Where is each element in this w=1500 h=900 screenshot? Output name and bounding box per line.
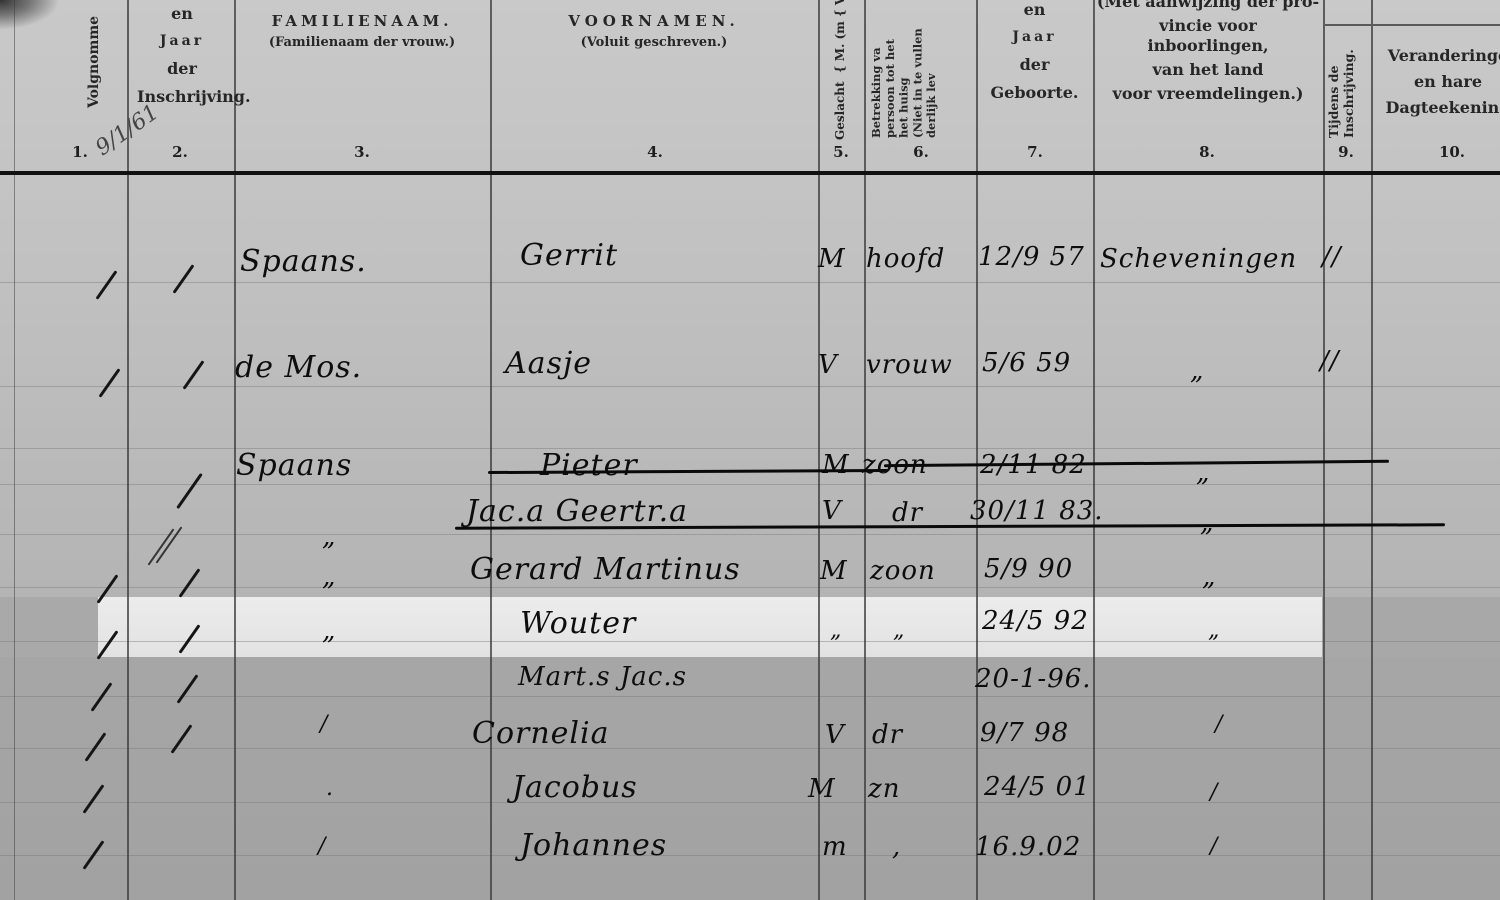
entry-familienaam: Spaans — [236, 448, 352, 483]
column-divider — [14, 0, 15, 900]
entry-voornamen: Pieter — [540, 448, 638, 483]
column-divider — [818, 0, 820, 900]
col3-subtitle: (Familienaam der vrouw.) — [236, 35, 488, 51]
col10-header-line: Veranderinge — [1378, 46, 1500, 66]
col3-title: FAMILIENAAM. — [236, 12, 488, 31]
col9-header-line: Inschrijving. — [1341, 32, 1356, 138]
entry-voornamen: Jacobus — [512, 770, 638, 805]
entry-geslacht: M — [808, 774, 836, 804]
row-rule — [0, 587, 1500, 588]
entry-betrekking: , — [892, 832, 901, 862]
col4-header: VOORNAMEN. (Voluit geschreven.) — [492, 12, 816, 51]
entry-geboorteplaats: „ — [1202, 562, 1216, 592]
row-rule — [0, 748, 1500, 749]
col8-number: 8. — [1187, 143, 1227, 161]
col10-header: Veranderinge en hare Dagteekening — [1378, 46, 1500, 118]
entry-betrekking: dr — [892, 498, 923, 528]
entry-geboorte: 24/5 01 — [984, 772, 1091, 802]
col6-number: 6. — [901, 143, 941, 161]
entry-geboorteplaats: / — [1210, 780, 1218, 805]
entry-geboorteplaats: / — [1210, 834, 1218, 859]
col6-header-line: derlijk lev — [925, 0, 939, 138]
entry-geboorteplaats: „ — [1208, 618, 1220, 643]
col5-number: 5. — [821, 143, 861, 161]
entry-geboorte: 5/9 90 — [984, 554, 1073, 584]
entry-geslacht: M — [822, 450, 850, 480]
row-rule — [0, 855, 1500, 856]
entry-geboorte: 12/9 57 — [978, 242, 1085, 272]
entry-geboorte: 30/11 83. — [970, 496, 1104, 526]
entry-familienaam: „ — [322, 522, 336, 552]
entry-voornamen: Aasje — [505, 346, 592, 381]
row-rule — [0, 641, 1500, 642]
column-divider — [976, 0, 978, 900]
entry-col9: // — [1320, 346, 1340, 376]
entry-geboorteplaats: „ — [1190, 356, 1204, 386]
entry-familienaam: . — [326, 776, 334, 801]
col4-subtitle: (Voluit geschreven.) — [492, 35, 816, 51]
entry-geboorte: 16.9.02 — [975, 832, 1081, 862]
col6-header-line: Betrekking va — [870, 0, 884, 138]
entry-geslacht: V — [818, 350, 838, 380]
col2-number: 2. — [160, 143, 200, 161]
entry-familienaam: / — [320, 712, 328, 737]
entry-voornamen: Gerard Martinus — [470, 552, 741, 587]
entry-familienaam: „ — [322, 616, 336, 646]
entry-geboorteplaats: „ — [1200, 508, 1214, 538]
entry-familienaam: „ — [322, 562, 336, 592]
row-rule — [0, 484, 1500, 485]
entry-familienaam: / — [318, 834, 326, 859]
col2-header-line: en — [137, 4, 227, 24]
entry-betrekking: vrouw — [866, 350, 953, 380]
column-divider — [490, 0, 492, 900]
header-rule — [0, 171, 1500, 175]
col1-header: Volgnomme — [86, 8, 103, 108]
col7-number: 7. — [1015, 143, 1055, 161]
column-divider — [1371, 0, 1373, 900]
row-rule — [0, 696, 1500, 697]
entry-geboorte: 20-1-96. — [975, 664, 1092, 694]
entry-geslacht: V — [825, 720, 845, 750]
col6-header-line: persoon tot het — [884, 0, 898, 138]
col8-header-line: (Met aanwijzing der pro- — [1096, 0, 1320, 12]
col8-header-line: van het land — [1096, 60, 1320, 80]
entry-betrekking: zn — [868, 774, 900, 804]
row-rule — [0, 282, 1500, 283]
col6-header-line: het huisg — [898, 0, 912, 138]
col2-header: en Jaar der Inschrijving. — [137, 4, 227, 107]
row-rule — [0, 386, 1500, 387]
page-corner-shadow — [0, 0, 60, 30]
col9-number: 9. — [1326, 143, 1366, 161]
entry-geboorte: 5/6 59 — [982, 348, 1071, 378]
entry-betrekking: zoon — [870, 556, 936, 586]
entry-geboorteplaats: / — [1215, 712, 1223, 737]
column-divider — [1093, 0, 1095, 900]
col5-header: Geslacht { M. (m { V. (v — [833, 6, 847, 140]
paper-lower — [0, 657, 1500, 900]
col2-header-line: Jaar — [137, 33, 227, 51]
column-divider — [1323, 0, 1325, 900]
entry-voornamen: Cornelia — [472, 716, 610, 751]
entry-geslacht: V — [822, 496, 842, 526]
entry-betrekking: hoofd — [866, 244, 945, 274]
entry-betrekking: dr — [872, 720, 903, 750]
col6-header: Betrekking va persoon tot het het huisg … — [870, 0, 939, 138]
entry-voornamen: Jac.a Geertr.a — [466, 494, 688, 529]
header-subrule — [1325, 24, 1500, 26]
col2-header-line: der — [137, 59, 227, 79]
entry-geslacht: M — [818, 244, 846, 274]
col7-header-line: Jaar — [978, 29, 1091, 47]
row-rule — [0, 802, 1500, 803]
paper-band-right — [1322, 597, 1500, 657]
entry-geboorte: 9/7 98 — [980, 718, 1069, 748]
col3-number: 3. — [342, 143, 382, 161]
col10-number: 10. — [1432, 143, 1472, 161]
col4-number: 4. — [635, 143, 675, 161]
col4-title: VOORNAMEN. — [492, 12, 816, 31]
col5-options: { M. (m { V. (v — [833, 0, 847, 73]
entry-geslacht: m — [822, 832, 848, 862]
entry-geboorteplaats: Scheveningen — [1100, 244, 1297, 274]
entry-voornamen: Mart.s Jac.s — [518, 662, 687, 692]
col6-header-line: (Niet in te vullen — [911, 0, 925, 138]
entry-familienaam: de Mos. — [235, 350, 362, 385]
row-rule — [0, 448, 1500, 449]
col8-header-line: voor vreemdelingen.) — [1096, 84, 1320, 104]
col10-header-line: Dagteekening — [1378, 98, 1500, 118]
entry-betrekking: „ — [893, 618, 905, 643]
col10-header-line: en hare — [1378, 72, 1500, 92]
entry-geslacht: „ — [830, 618, 842, 643]
entry-voornamen: Johannes — [520, 828, 667, 863]
entry-voornamen: Gerrit — [520, 238, 618, 273]
col3-header: FAMILIENAAM. (Familienaam der vrouw.) — [236, 12, 488, 51]
entry-geboorte: 24/5 92 — [982, 606, 1089, 636]
entry-voornamen: Wouter — [520, 606, 636, 641]
col7-header-line: Geboorte. — [978, 83, 1091, 103]
col7-header-line: en — [978, 0, 1091, 20]
col5-label: Geslacht — [833, 81, 847, 140]
col8-header: (Met aanwijzing der pro- vincie voor inb… — [1096, 0, 1320, 104]
col8-header-line: vincie voor inboorlingen, — [1096, 16, 1320, 56]
col9-header-line: Tijdens de — [1326, 32, 1341, 138]
entry-geslacht: M — [820, 556, 848, 586]
highlighted-row-wouter[interactable] — [98, 597, 1322, 657]
col7-header-line: der — [978, 55, 1091, 75]
entry-familienaam: Spaans. — [240, 244, 367, 279]
col9-header: Tijdens de Inschrijving. — [1326, 32, 1356, 138]
col7-header: en Jaar der Geboorte. — [978, 0, 1091, 103]
row-rule — [0, 534, 1500, 535]
entry-col9: // — [1322, 242, 1342, 272]
